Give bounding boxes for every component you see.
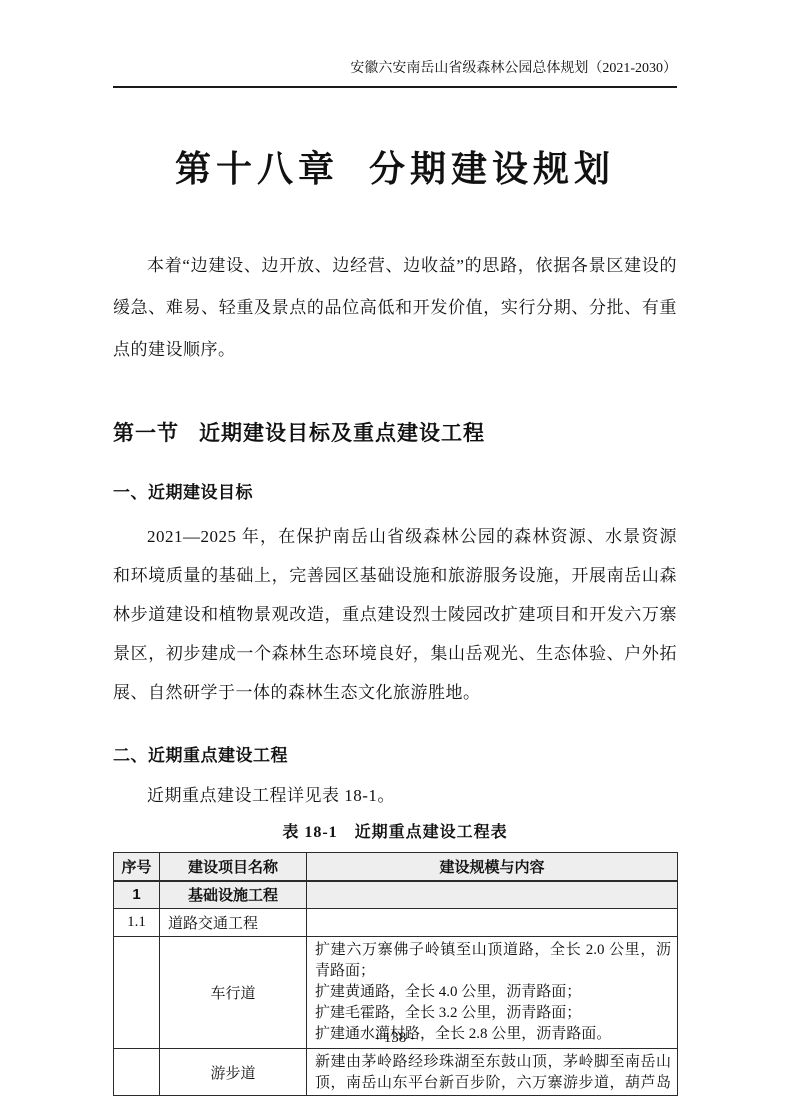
section-title: 第一节近期建设目标及重点建设工程 xyxy=(113,419,677,449)
page-footer: - 138 - xyxy=(0,1028,790,1048)
document-page: 安徽六安南岳山省级森林公园总体规划（2021-2030） 第十八章分期建设规划 … xyxy=(0,0,790,1118)
table-header-row: 序号 建设项目名称 建设规模与内容 xyxy=(114,853,678,881)
scale-content-cell: 新建由茅岭路经珍珠湖至东鼓山顶，茅岭脚至南岳山顶，南岳山东平台新百步阶，六万寨游… xyxy=(307,1049,678,1096)
table-row: 1基础设施工程 xyxy=(114,881,678,909)
chapter-number: 第十八章 xyxy=(175,149,339,189)
section-number: 第一节 xyxy=(113,422,179,445)
table-caption: 表 18-1 近期重点建设工程表 xyxy=(113,822,677,844)
chapter-title-text: 分期建设规划 xyxy=(369,149,615,189)
subsection-1-title: 一、近期建设目标 xyxy=(113,481,677,505)
col-header-project-name: 建设项目名称 xyxy=(160,853,307,881)
content-line: 新建由茅岭路经珍珠湖至东鼓山顶，茅岭脚至南岳山顶，南岳山东平台新百步阶，六万寨游… xyxy=(315,1052,671,1093)
chapter-title: 第十八章分期建设规划 xyxy=(113,145,677,193)
key-construction-table: 序号 建设项目名称 建设规模与内容 1基础设施工程1.1道路交通工程车行道扩建六… xyxy=(113,852,678,1096)
subsection-1-body: 2021—2025 年，在保护南岳山省级森林公园的森林资源、水景资源和环境质量的… xyxy=(113,517,677,712)
project-name-cell: 基础设施工程 xyxy=(160,881,307,909)
subsection-2-title: 二、近期重点建设工程 xyxy=(113,744,677,768)
page-content: 第十八章分期建设规划 本着“边建设、边开放、边经营、边收益”的思路，依据各景区建… xyxy=(113,89,677,1096)
project-name-cell: 道路交通工程 xyxy=(160,909,307,937)
table-row: 游步道新建由茅岭路经珍珠湖至东鼓山顶，茅岭脚至南岳山顶，南岳山东平台新百步阶，六… xyxy=(114,1049,678,1096)
scale-content-cell xyxy=(307,909,678,937)
serial-cell: 1 xyxy=(114,881,160,909)
content-line: 扩建六万寨佛子岭镇至山顶道路，全长 2.0 公里，沥青路面； xyxy=(315,940,671,982)
page-header-text: 安徽六安南岳山省级森林公园总体规划（2021-2030） xyxy=(350,61,677,76)
content-line: 扩建毛霍路，全长 3.2 公里，沥青路面； xyxy=(315,1003,671,1024)
chapter-intro-paragraph: 本着“边建设、边开放、边经营、边收益”的思路，依据各景区建设的缓急、难易、轻重及… xyxy=(113,245,677,371)
scale-content-cell xyxy=(307,881,678,909)
section-title-text: 近期建设目标及重点建设工程 xyxy=(199,422,485,445)
serial-cell: 1.1 xyxy=(114,909,160,937)
content-line: 扩建黄通路，全长 4.0 公里，沥青路面； xyxy=(315,982,671,1003)
col-header-scale-content: 建设规模与内容 xyxy=(307,853,678,881)
serial-cell xyxy=(114,1049,160,1096)
table-row: 1.1道路交通工程 xyxy=(114,909,678,937)
page-header: 安徽六安南岳山省级森林公园总体规划（2021-2030） xyxy=(113,58,677,88)
col-header-serial: 序号 xyxy=(114,853,160,881)
project-name-cell: 游步道 xyxy=(160,1049,307,1096)
subsection-2-body: 近期重点建设工程详见表 18-1。 xyxy=(113,782,677,810)
